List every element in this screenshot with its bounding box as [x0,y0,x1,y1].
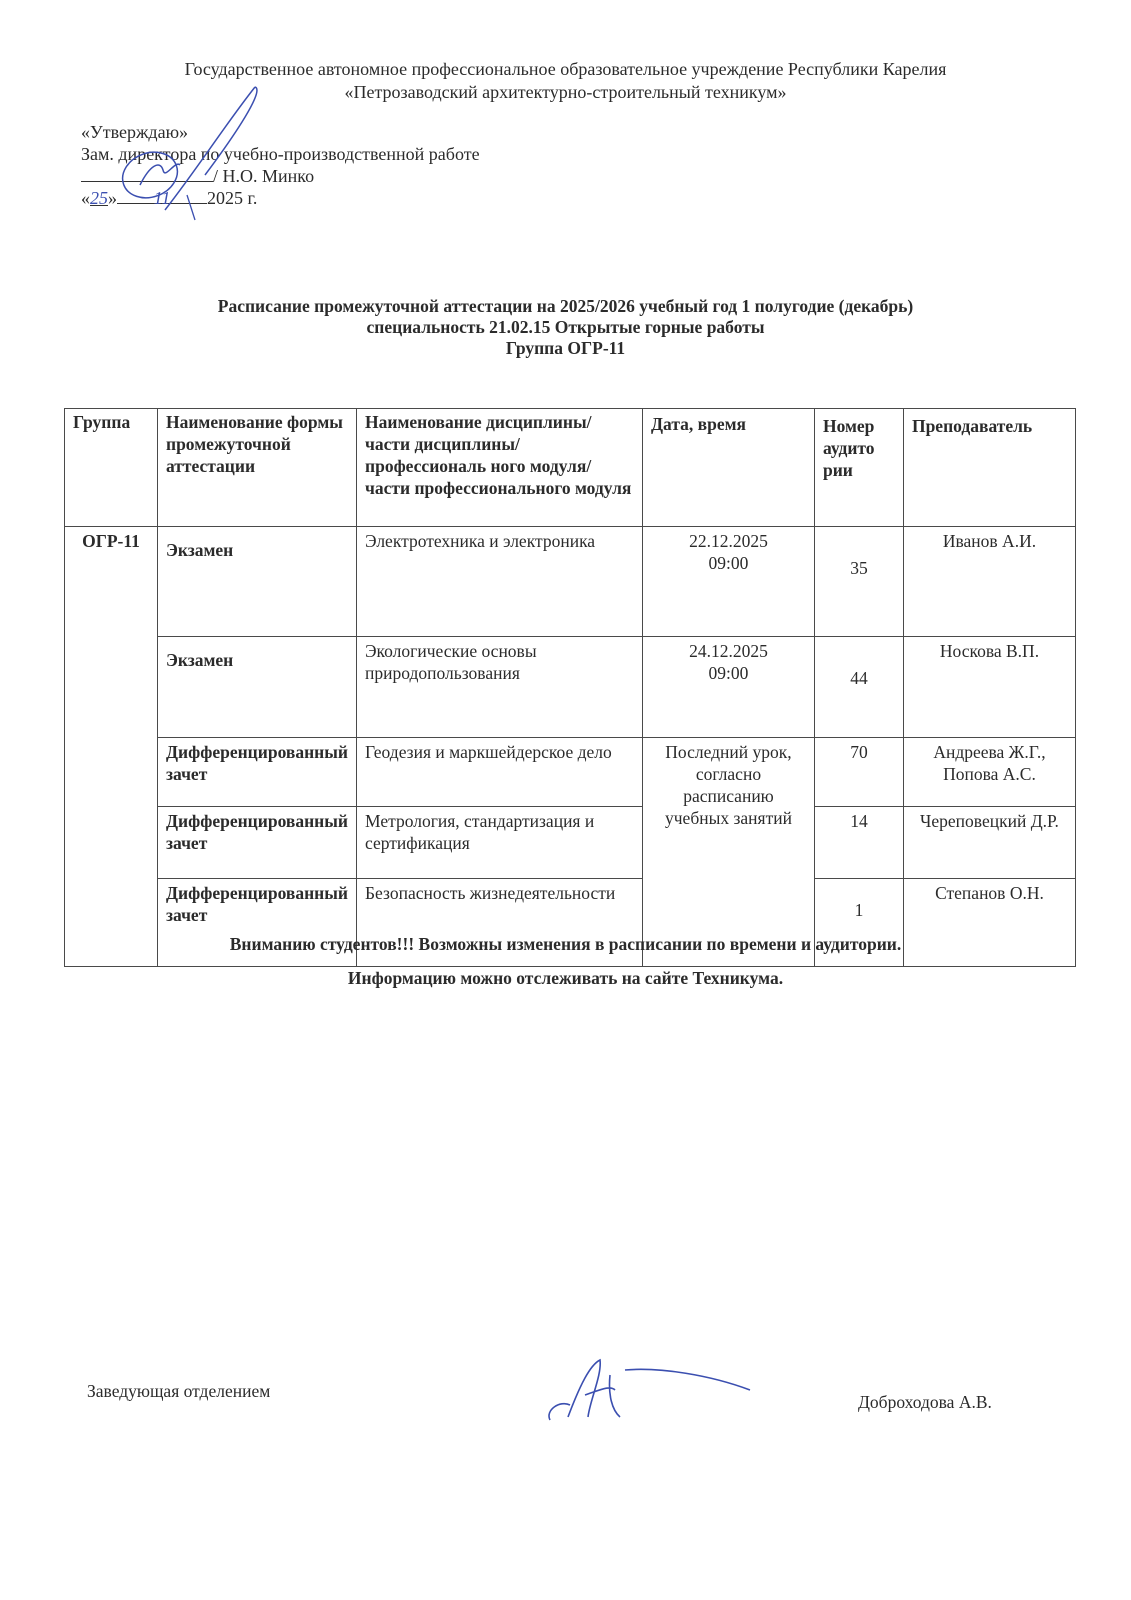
group-cell: ОГР-11 [65,527,158,967]
date-value: 22.12.2025 [651,530,806,552]
form-cell: Дифференцированный зачет [157,738,356,807]
discipline-cell: Метрология, стандартизация и сертификаци… [357,807,643,879]
header-discipline: Наименование дисциплины/части дисциплины… [357,409,643,527]
discipline-cell: Геодезия и маркшейдерское дело [357,738,643,807]
time-value: 09:00 [651,662,806,684]
time-value: 09:00 [651,552,806,574]
header-group: Группа [65,409,158,527]
room-cell: 70 [814,738,903,807]
teacher-cell: Андреева Ж.Г., Попова А.С. [903,738,1075,807]
form-cell: Экзамен [157,527,356,637]
footer-position: Заведующая отделением [87,1381,270,1402]
schedule-table: Группа Наименование формы промежуточной … [64,408,1076,967]
header-form: Наименование формы промежуточной аттеста… [157,409,356,527]
room-cell: 14 [814,807,903,879]
datetime-merged-cell: Последний урок, согласно расписанию учеб… [642,738,814,967]
teacher-cell: Череповецкий Д.Р. [903,807,1075,879]
header-room: Номер аудито рии [814,409,903,527]
teacher-cell: Носкова В.П. [903,637,1075,738]
teacher-cell: Иванов А.И. [903,527,1075,637]
title-line-1: Расписание промежуточной аттестации на 2… [0,296,1131,317]
table-header-row: Группа Наименование формы промежуточной … [65,409,1076,527]
approver-signature-icon [105,85,275,230]
notice-website: Информацию можно отслеживать на сайте Те… [0,968,1131,989]
title-group: Группа ОГР-11 [0,338,1131,359]
discipline-cell: Электротехника и электроника [357,527,643,637]
header-datetime: Дата, время [642,409,814,527]
department-head-signature-icon [540,1355,760,1425]
organization-name: Государственное автономное профессиональ… [0,58,1131,81]
datetime-cell: 22.12.202509:00 [642,527,814,637]
table-row: ОГР-11 Экзамен Электротехника и электрон… [65,527,1076,637]
table-row: Дифференцированный зачет Геодезия и марк… [65,738,1076,807]
room-cell: 35 [814,527,903,637]
notice-changes: Вниманию студентов!!! Возможны изменения… [0,934,1131,955]
discipline-cell: Экологические основы природопользования [357,637,643,738]
date-value: 24.12.2025 [651,640,806,662]
header-teacher: Преподаватель [903,409,1075,527]
table-row: Экзамен Экологические основы природополь… [65,637,1076,738]
document-title: Расписание промежуточной аттестации на 2… [0,296,1131,359]
form-cell: Дифференцированный зачет [157,807,356,879]
table-row: Дифференцированный зачет Метрология, ста… [65,807,1076,879]
datetime-cell: 24.12.202509:00 [642,637,814,738]
form-cell: Экзамен [157,637,356,738]
footer-name: Доброходова А.В. [858,1392,992,1413]
room-cell: 44 [814,637,903,738]
title-specialty: специальность 21.02.15 Открытые горные р… [0,317,1131,338]
